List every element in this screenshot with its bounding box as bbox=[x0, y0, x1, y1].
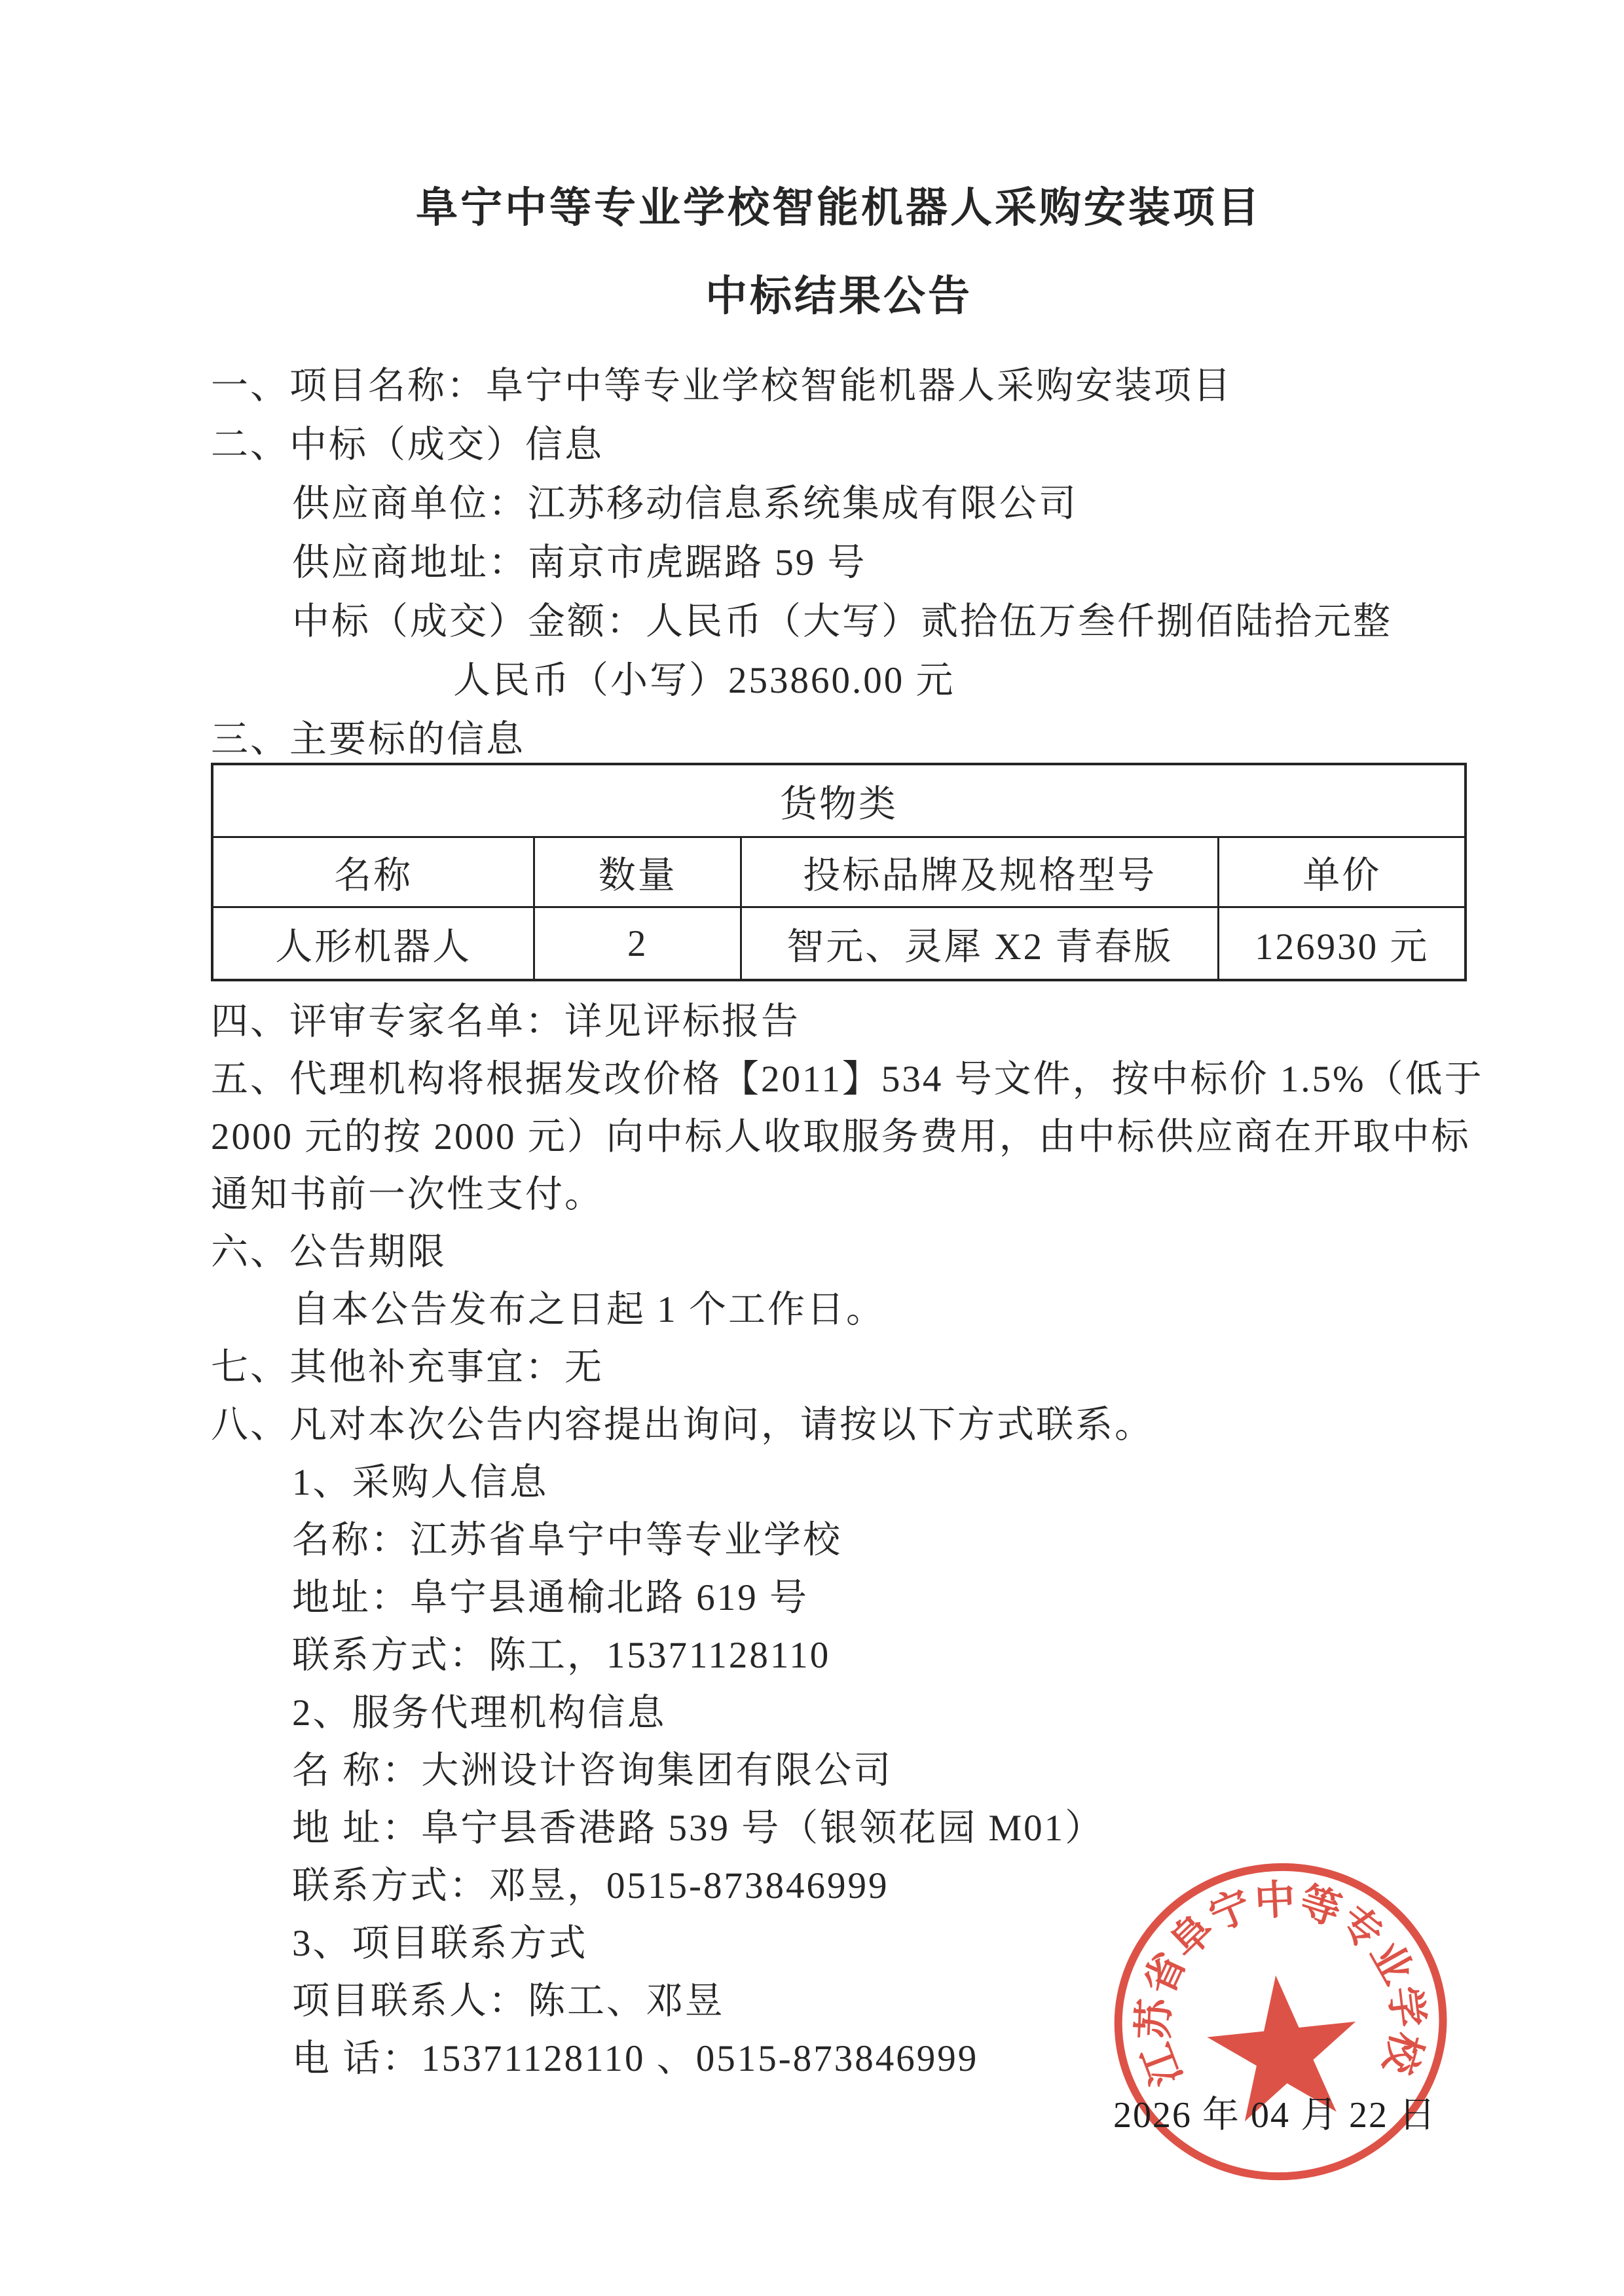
document-content: 阜宁中等专业学校智能机器人采购安装项目 中标结果公告 一、项目名称：阜宁中等专业… bbox=[211, 175, 1467, 2088]
para-experts: 四、评审专家名单：详见评标报告 bbox=[211, 993, 1467, 1051]
table-category-cell: 货物类 bbox=[212, 764, 1466, 837]
para-agency-contact: 联系方式：邓昱，0515-873846999 bbox=[211, 1857, 1467, 1915]
para-project-contact-heading: 3、项目联系方式 bbox=[211, 1915, 1467, 1973]
para-award-amount-words: 中标（成交）金额：人民币（大写）贰拾伍万叁仟捌佰陆拾元整 bbox=[211, 592, 1467, 651]
para-purchaser-address: 地址：阜宁县通榆北路 619 号 bbox=[211, 1569, 1467, 1627]
date-text: 2026 年 04 月 22 日 bbox=[1113, 2086, 1437, 2138]
para-award-amount-figures: 人民币（小写）253860.00 元 bbox=[211, 651, 1467, 710]
table-row-item: 人形机器人 2 智元、灵犀 X2 青春版 126930 元 bbox=[212, 907, 1466, 981]
table-header-unit-price: 单价 bbox=[1219, 837, 1466, 907]
section-block-top: 一、项目名称：阜宁中等专业学校智能机器人采购安装项目 二、中标（成交）信息 供应… bbox=[211, 357, 1467, 769]
table-cell-quantity: 2 bbox=[534, 907, 741, 981]
table-cell-name: 人形机器人 bbox=[212, 907, 534, 981]
section-block-bottom: 四、评审专家名单：详见评标报告 五、代理机构将根据发改价格【2011】534 号… bbox=[211, 993, 1467, 2088]
para-subject-info-heading: 三、主要标的信息 bbox=[211, 710, 1467, 769]
para-other-matters: 七、其他补充事宜：无 bbox=[211, 1339, 1467, 1396]
table-header-name: 名称 bbox=[212, 837, 534, 907]
para-announcement-period-heading: 六、公告期限 bbox=[211, 1224, 1467, 1281]
para-agency-fee-1: 五、代理机构将根据发改价格【2011】534 号文件，按中标价 1.5%（低于 bbox=[211, 1051, 1467, 1108]
para-inquiry-heading: 八、凡对本次公告内容提出询问，请按以下方式联系。 bbox=[211, 1396, 1467, 1454]
para-supplier-name: 供应商单位：江苏移动信息系统集成有限公司 bbox=[211, 475, 1467, 534]
table-row-headers: 名称 数量 投标品牌及规格型号 单价 bbox=[212, 837, 1466, 907]
para-award-info-heading: 二、中标（成交）信息 bbox=[211, 416, 1467, 475]
goods-table: 货物类 名称 数量 投标品牌及规格型号 单价 人形机器人 2 智元、灵犀 X2 … bbox=[211, 763, 1467, 981]
doc-title-line2: 中标结果公告 bbox=[211, 264, 1467, 329]
para-supplier-address: 供应商地址：南京市虎踞路 59 号 bbox=[211, 534, 1467, 592]
doc-title-line1: 阜宁中等专业学校智能机器人采购安装项目 bbox=[211, 175, 1467, 241]
table-header-brand-model: 投标品牌及规格型号 bbox=[741, 837, 1219, 907]
para-agency-address: 地 址：阜宁县香港路 539 号（银领花园 M01） bbox=[211, 1800, 1467, 1857]
table-row-category: 货物类 bbox=[212, 764, 1466, 837]
para-agency-name: 名 称：大洲设计咨询集团有限公司 bbox=[211, 1742, 1467, 1800]
table-cell-unit-price: 126930 元 bbox=[1219, 907, 1466, 981]
para-agency-fee-2: 2000 元的按 2000 元）向中标人收取服务费用，由中标供应商在开取中标 bbox=[211, 1108, 1467, 1166]
para-project-contacts: 项目联系人：陈工、邓昱 bbox=[211, 1973, 1467, 2030]
para-purchaser-heading: 1、采购人信息 bbox=[211, 1454, 1467, 1512]
para-project-phones: 电 话：15371128110 、0515-873846999 bbox=[211, 2030, 1467, 2088]
para-announcement-period: 自本公告发布之日起 1 个工作日。 bbox=[211, 1281, 1467, 1339]
table-header-quantity: 数量 bbox=[534, 837, 741, 907]
para-purchaser-name: 名称：江苏省阜宁中等专业学校 bbox=[211, 1512, 1467, 1569]
para-agency-fee-3: 通知书前一次性支付。 bbox=[211, 1166, 1467, 1224]
para-purchaser-contact: 联系方式：陈工，15371128110 bbox=[211, 1627, 1467, 1685]
document-page: 阜宁中等专业学校智能机器人采购安装项目 中标结果公告 一、项目名称：阜宁中等专业… bbox=[0, 0, 1624, 2296]
table-cell-brand-model: 智元、灵犀 X2 青春版 bbox=[741, 907, 1219, 981]
para-project-name: 一、项目名称：阜宁中等专业学校智能机器人采购安装项目 bbox=[211, 357, 1467, 416]
para-agency-heading: 2、服务代理机构信息 bbox=[211, 1685, 1467, 1742]
